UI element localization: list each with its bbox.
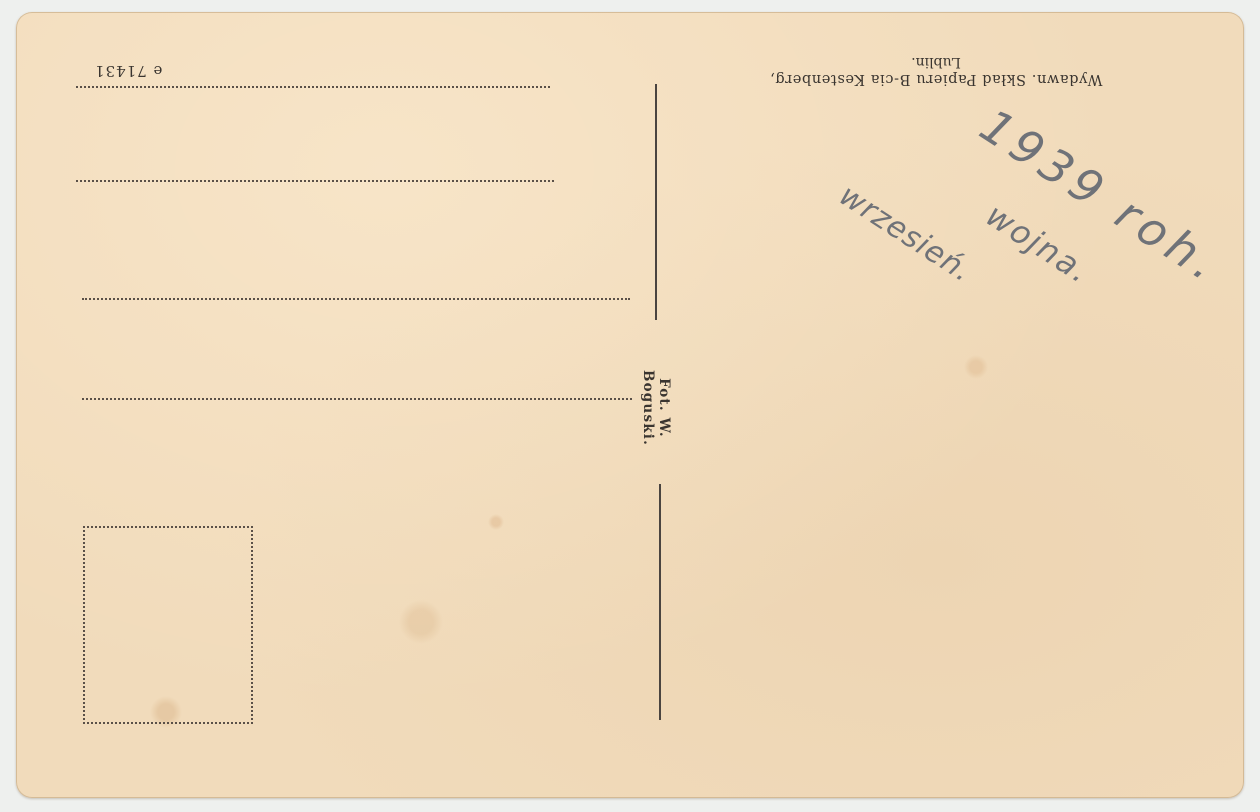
divider-line-bottom [659,484,661,720]
address-line-1 [76,86,550,88]
address-line-2 [76,180,554,182]
divider-line-top [655,84,657,320]
publisher-name: Wydawn. Skład Papieru B-cia Kestenberg, [700,70,1172,88]
handwriting-year: 1939 roh. [971,98,1232,294]
publisher-city: Lublin. [700,54,1172,70]
address-line-3 [82,298,630,300]
address-line-4 [82,398,632,400]
photo-credit: Fot. W. Boguski. [640,348,672,468]
handwriting-september: wrzesień. [833,178,979,290]
postcard-back: Wydawn. Skład Papieru B-cia Kestenberg, … [16,12,1244,798]
stamp-box [83,526,253,724]
serial-number: e 71431 [94,62,162,80]
publisher-imprint: Wydawn. Skład Papieru B-cia Kestenberg, … [700,54,1172,88]
